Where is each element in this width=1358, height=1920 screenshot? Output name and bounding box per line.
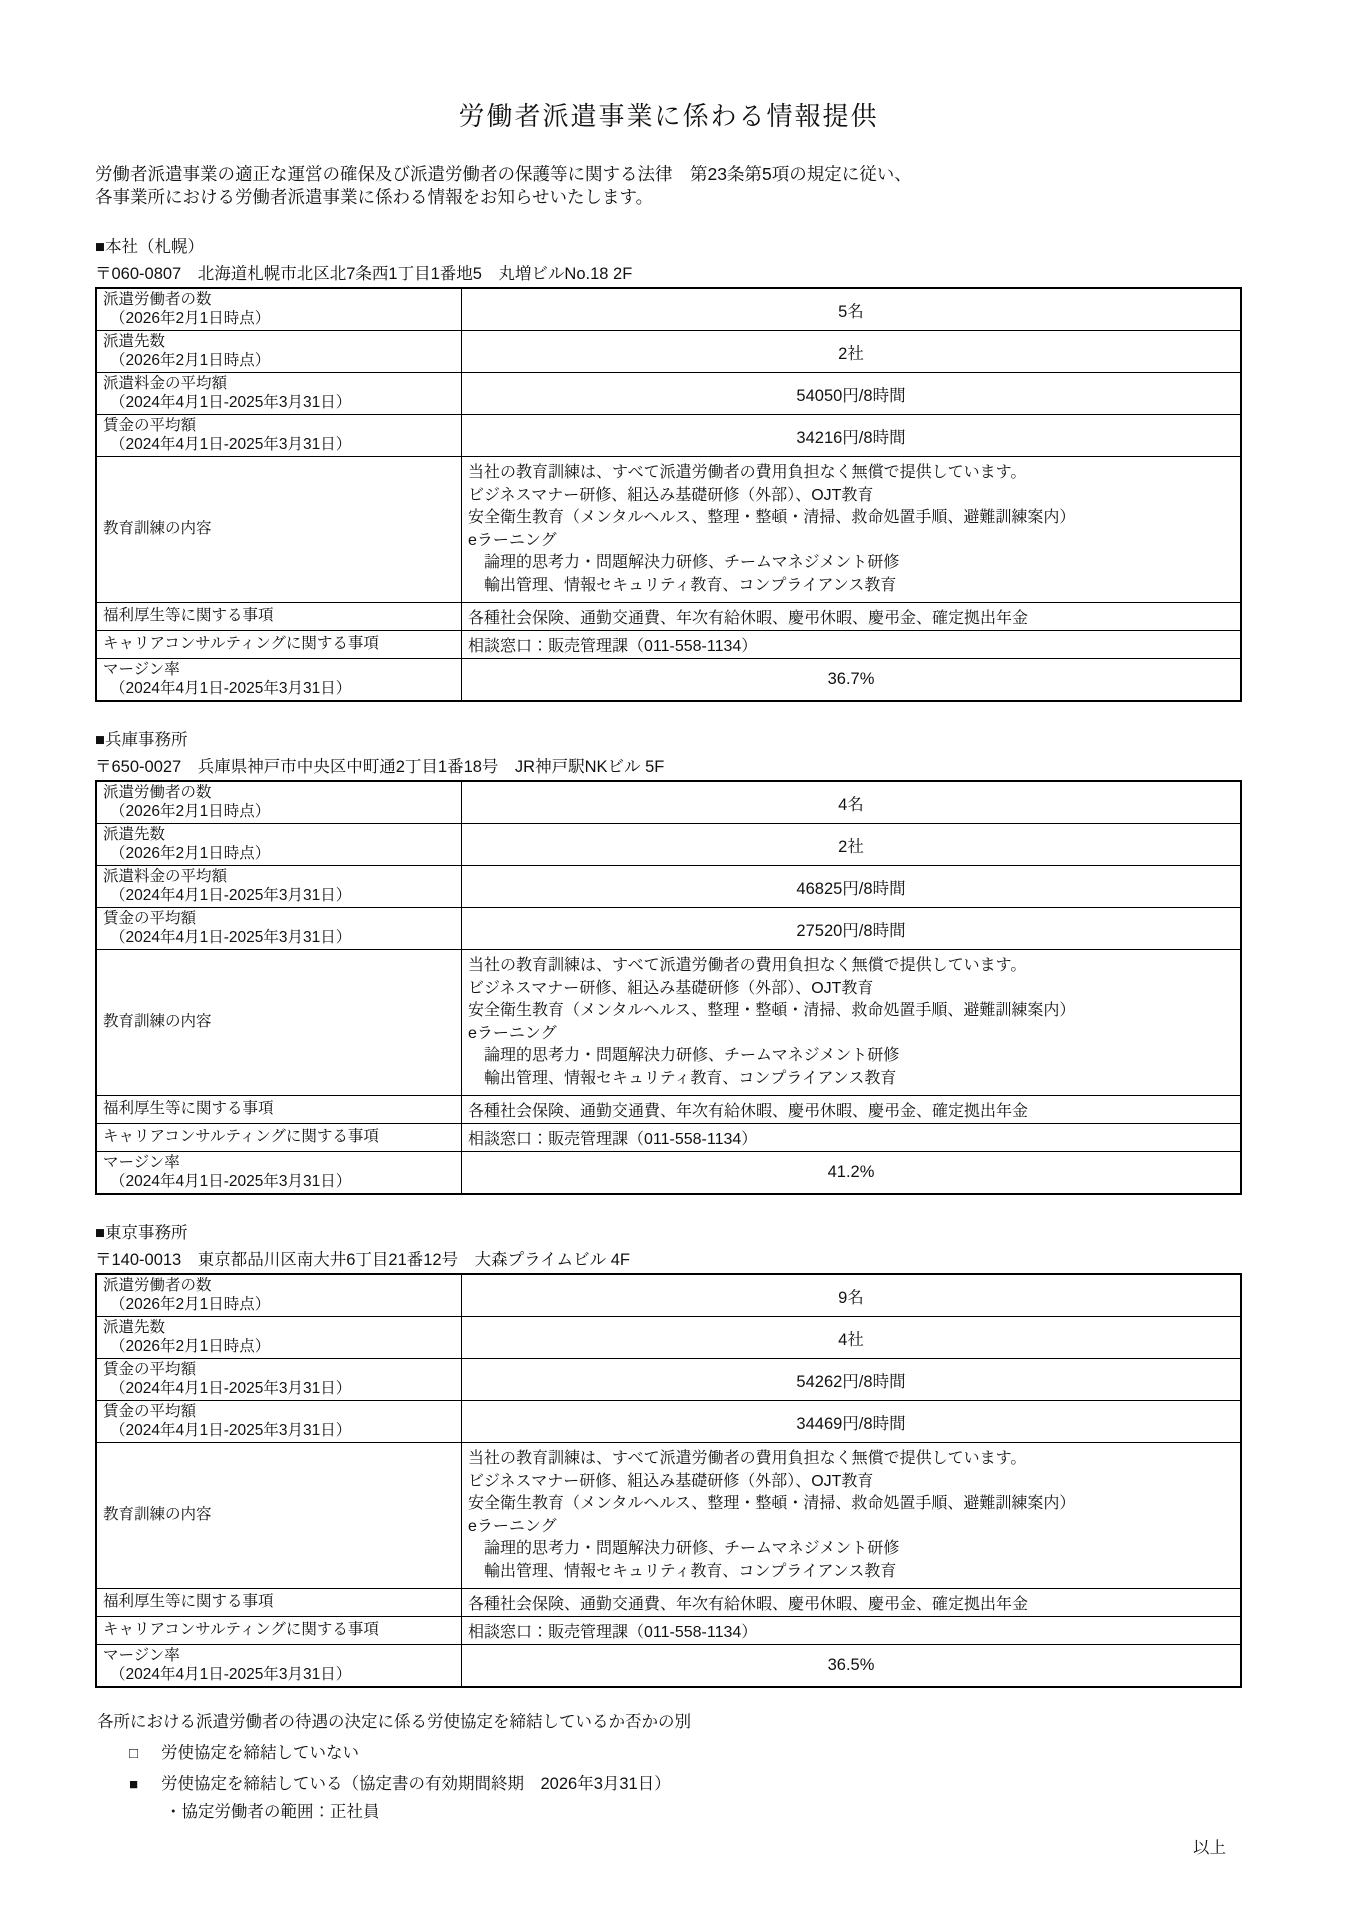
row-value: 相談窓口：販売管理課（011-558-1134）: [468, 1619, 1234, 1642]
row-value-line: 当社の教育訓練は、すべて派遣労働者の費用負担なく無償で提供しています。: [468, 955, 1234, 978]
row-label-cell: 教育訓練の内容: [96, 457, 462, 603]
row-value-line: 安全衛生教育（メンタルヘルス、整理・整頓・清掃、救命処置手順、避難訓練案内）: [468, 1000, 1234, 1023]
row-value-cell: 2社: [462, 331, 1242, 373]
table-row: 派遣労働者の数（2026年2月1日時点）5名: [96, 288, 1241, 331]
row-value-cell: 27520円/8時間: [462, 908, 1242, 950]
row-label: 教育訓練の内容: [103, 1506, 455, 1525]
section-heading: ■東京事務所: [95, 1219, 1242, 1243]
row-label-cell: 福利厚生等に関する事項: [96, 1096, 462, 1124]
table-row: 賃金の平均額（2024年4月1日-2025年3月31日）27520円/8時間: [96, 908, 1241, 950]
row-label: 派遣先数: [103, 1319, 455, 1338]
row-value: 相談窓口：販売管理課（011-558-1134）: [468, 1126, 1234, 1149]
row-label: 派遣料金の平均額: [103, 375, 455, 394]
row-label-cell: 賃金の平均額（2024年4月1日-2025年3月31日）: [96, 415, 462, 457]
checkbox-unchecked-icon: □: [129, 1745, 161, 1762]
row-value-line: ビジネスマナー研修、組込み基礎研修（外部）、OJT教育: [468, 485, 1234, 508]
row-value: 34216円/8時間: [468, 424, 1234, 448]
row-label-period: （2026年2月1日時点）: [103, 310, 455, 329]
agreement-option-not-concluded: □労使協定を締結していない: [129, 1739, 1242, 1763]
row-value-line: eラーニング: [468, 1516, 1234, 1539]
row-value: 54050円/8時間: [468, 382, 1234, 406]
row-value-cell: 相談窓口：販売管理課（011-558-1134）: [462, 1617, 1242, 1645]
table-row: 派遣先数（2026年2月1日時点）4社: [96, 1317, 1241, 1359]
section-address: 〒650-0027 兵庫県神戸市中央区中町通2丁目1番18号 JR神戸駅NKビル…: [95, 753, 1242, 777]
row-value-line: eラーニング: [468, 530, 1234, 553]
row-label-period: （2026年2月1日時点）: [103, 845, 455, 864]
row-label-period: （2026年2月1日時点）: [103, 803, 455, 822]
table-row: 賃金の平均額（2024年4月1日-2025年3月31日）34469円/8時間: [96, 1401, 1241, 1443]
row-label-cell: 派遣労働者の数（2026年2月1日時点）: [96, 781, 462, 824]
row-value-line: ビジネスマナー研修、組込み基礎研修（外部）、OJT教育: [468, 1471, 1234, 1494]
row-label: 派遣料金の平均額: [103, 868, 455, 887]
row-value-cell: 相談窓口：販売管理課（011-558-1134）: [462, 1124, 1242, 1152]
section-heading: ■兵庫事務所: [95, 726, 1242, 750]
row-label: 教育訓練の内容: [103, 520, 455, 539]
row-label: 派遣先数: [103, 826, 455, 845]
table-row: 派遣労働者の数（2026年2月1日時点）9名: [96, 1274, 1241, 1317]
row-label: マージン率: [103, 1154, 455, 1173]
info-table: 派遣労働者の数（2026年2月1日時点）4名派遣先数（2026年2月1日時点）2…: [95, 780, 1242, 1195]
section-address: 〒140-0013 東京都品川区南大井6丁目21番12号 大森プライムビル 4F: [95, 1246, 1242, 1270]
row-value-cell: 36.7%: [462, 659, 1242, 702]
row-label: キャリアコンサルティングに関する事項: [103, 1128, 455, 1147]
row-label: 賃金の平均額: [103, 1361, 455, 1380]
row-value-cell: 54050円/8時間: [462, 373, 1242, 415]
row-value: 各種社会保険、通勤交通費、年次有給休暇、慶弔休暇、慶弔金、確定拠出年金: [468, 1591, 1234, 1614]
row-label: 教育訓練の内容: [103, 1013, 455, 1032]
table-row: 派遣料金の平均額（2024年4月1日-2025年3月31日）54050円/8時間: [96, 373, 1241, 415]
row-value-cell: 34469円/8時間: [462, 1401, 1242, 1443]
table-row: 派遣料金の平均額（2024年4月1日-2025年3月31日）46825円/8時間: [96, 866, 1241, 908]
row-value-line: 輸出管理、情報セキュリティ教育、コンプライアンス教育: [468, 1561, 1234, 1584]
table-row: 派遣労働者の数（2026年2月1日時点）4名: [96, 781, 1241, 824]
info-table: 派遣労働者の数（2026年2月1日時点）9名派遣先数（2026年2月1日時点）4…: [95, 1273, 1242, 1688]
row-label: 福利厚生等に関する事項: [103, 607, 455, 626]
table-row: 教育訓練の内容当社の教育訓練は、すべて派遣労働者の費用負担なく無償で提供していま…: [96, 457, 1241, 603]
office-section: ■東京事務所 〒140-0013 東京都品川区南大井6丁目21番12号 大森プラ…: [95, 1219, 1242, 1688]
document-page: 労働者派遣事業に係わる情報提供 労働者派遣事業の適正な運営の確保及び派遣労働者の…: [0, 0, 1358, 1920]
row-label-cell: 派遣料金の平均額（2024年4月1日-2025年3月31日）: [96, 866, 462, 908]
row-label-cell: 派遣先数（2026年2月1日時点）: [96, 824, 462, 866]
row-value-cell: 当社の教育訓練は、すべて派遣労働者の費用負担なく無償で提供しています。ビジネスマ…: [462, 1443, 1242, 1589]
row-value-cell: 41.2%: [462, 1152, 1242, 1195]
row-value-cell: 54262円/8時間: [462, 1359, 1242, 1401]
row-label-period: （2024年4月1日-2025年3月31日）: [103, 887, 455, 906]
table-row: 教育訓練の内容当社の教育訓練は、すべて派遣労働者の費用負担なく無償で提供していま…: [96, 950, 1241, 1096]
row-label: 福利厚生等に関する事項: [103, 1100, 455, 1119]
checkbox-checked-icon: ■: [129, 1776, 161, 1793]
row-value-line: 論理的思考力・問題解決力研修、チームマネジメント研修: [468, 1045, 1234, 1068]
row-value-line: 安全衛生教育（メンタルヘルス、整理・整頓・清掃、救命処置手順、避難訓練案内）: [468, 507, 1234, 530]
row-value: 2社: [468, 833, 1234, 857]
row-label-cell: キャリアコンサルティングに関する事項: [96, 1617, 462, 1645]
table-row: 賃金の平均額（2024年4月1日-2025年3月31日）34216円/8時間: [96, 415, 1241, 457]
row-value: 2社: [468, 340, 1234, 364]
row-value-line: ビジネスマナー研修、組込み基礎研修（外部）、OJT教育: [468, 978, 1234, 1001]
row-label-period: （2024年4月1日-2025年3月31日）: [103, 1380, 455, 1399]
row-value-cell: 当社の教育訓練は、すべて派遣労働者の費用負担なく無償で提供しています。ビジネスマ…: [462, 950, 1242, 1096]
row-label: 派遣労働者の数: [103, 784, 455, 803]
row-value-cell: 34216円/8時間: [462, 415, 1242, 457]
row-label-period: （2024年4月1日-2025年3月31日）: [103, 680, 455, 699]
section-address: 〒060-0807 北海道札幌市北区北7条西1丁目1番地5 丸増ビルNo.18 …: [95, 260, 1242, 284]
row-value-cell: 4名: [462, 781, 1242, 824]
row-label-cell: マージン率（2024年4月1日-2025年3月31日）: [96, 659, 462, 702]
row-label-period: （2026年2月1日時点）: [103, 352, 455, 371]
table-row: 福利厚生等に関する事項各種社会保険、通勤交通費、年次有給休暇、慶弔休暇、慶弔金、…: [96, 1096, 1241, 1124]
row-value: 36.7%: [468, 670, 1234, 689]
row-value: 5名: [468, 298, 1234, 322]
table-row: 賃金の平均額（2024年4月1日-2025年3月31日）54262円/8時間: [96, 1359, 1241, 1401]
row-label-period: （2024年4月1日-2025年3月31日）: [103, 394, 455, 413]
row-value-line: eラーニング: [468, 1023, 1234, 1046]
row-value-cell: 4社: [462, 1317, 1242, 1359]
row-value: 46825円/8時間: [468, 875, 1234, 899]
row-label-cell: 福利厚生等に関する事項: [96, 603, 462, 631]
page-title: 労働者派遣事業に係わる情報提供: [95, 96, 1242, 133]
row-label: 派遣労働者の数: [103, 291, 455, 310]
table-row: キャリアコンサルティングに関する事項相談窓口：販売管理課（011-558-113…: [96, 1124, 1241, 1152]
row-value-cell: 各種社会保険、通勤交通費、年次有給休暇、慶弔休暇、慶弔金、確定拠出年金: [462, 603, 1242, 631]
row-label-cell: 福利厚生等に関する事項: [96, 1589, 462, 1617]
closing-text: 以上: [95, 1834, 1242, 1858]
agreement-scope-note: ・協定労働者の範囲：正社員: [165, 1798, 1242, 1822]
row-value: 各種社会保険、通勤交通費、年次有給休暇、慶弔休暇、慶弔金、確定拠出年金: [468, 605, 1234, 628]
row-value-line: 当社の教育訓練は、すべて派遣労働者の費用負担なく無償で提供しています。: [468, 462, 1234, 485]
row-value-line: 論理的思考力・問題解決力研修、チームマネジメント研修: [468, 1538, 1234, 1561]
document-content: 労働者派遣事業に係わる情報提供 労働者派遣事業の適正な運営の確保及び派遣労働者の…: [95, 0, 1242, 1858]
row-value: 相談窓口：販売管理課（011-558-1134）: [468, 633, 1234, 656]
row-value-cell: 相談窓口：販売管理課（011-558-1134）: [462, 631, 1242, 659]
info-table: 派遣労働者の数（2026年2月1日時点）5名派遣先数（2026年2月1日時点）2…: [95, 287, 1242, 702]
table-row: キャリアコンサルティングに関する事項相談窓口：販売管理課（011-558-113…: [96, 631, 1241, 659]
office-section: ■本社（札幌） 〒060-0807 北海道札幌市北区北7条西1丁目1番地5 丸増…: [95, 233, 1242, 702]
sections: ■本社（札幌） 〒060-0807 北海道札幌市北区北7条西1丁目1番地5 丸増…: [95, 233, 1242, 1688]
row-value: 9名: [468, 1284, 1234, 1308]
row-label-cell: 派遣先数（2026年2月1日時点）: [96, 331, 462, 373]
row-value: 41.2%: [468, 1163, 1234, 1182]
agreement-option-label: 労使協定を締結している（協定書の有効期間終期 2026年3月31日）: [161, 1775, 671, 1793]
row-label: キャリアコンサルティングに関する事項: [103, 1621, 455, 1640]
row-value-line: 輸出管理、情報セキュリティ教育、コンプライアンス教育: [468, 1068, 1234, 1091]
row-label: 福利厚生等に関する事項: [103, 1593, 455, 1612]
row-label-cell: 派遣先数（2026年2月1日時点）: [96, 1317, 462, 1359]
agreement-section: 各所における派遣労働者の待遇の決定に係る労使協定を締結しているか否かの別 □労使…: [95, 1708, 1242, 1822]
row-value: 4名: [468, 791, 1234, 815]
intro-text: 労働者派遣事業の適正な運営の確保及び派遣労働者の保護等に関する法律 第23条第5…: [95, 163, 1242, 209]
row-label-period: （2024年4月1日-2025年3月31日）: [103, 1173, 455, 1192]
row-label-period: （2024年4月1日-2025年3月31日）: [103, 1666, 455, 1685]
row-label: マージン率: [103, 661, 455, 680]
row-label: キャリアコンサルティングに関する事項: [103, 635, 455, 654]
agreement-title: 各所における派遣労働者の待遇の決定に係る労使協定を締結しているか否かの別: [97, 1708, 1242, 1732]
row-value-cell: 9名: [462, 1274, 1242, 1317]
agreement-option-label: 労使協定を締結していない: [161, 1744, 359, 1762]
row-value-cell: 5名: [462, 288, 1242, 331]
row-value-cell: 2社: [462, 824, 1242, 866]
table-row: マージン率（2024年4月1日-2025年3月31日）41.2%: [96, 1152, 1241, 1195]
row-value-line: 論理的思考力・問題解決力研修、チームマネジメント研修: [468, 552, 1234, 575]
row-label-cell: 派遣労働者の数（2026年2月1日時点）: [96, 1274, 462, 1317]
row-label: 派遣先数: [103, 333, 455, 352]
row-label: 派遣労働者の数: [103, 1277, 455, 1296]
table-row: 教育訓練の内容当社の教育訓練は、すべて派遣労働者の費用負担なく無償で提供していま…: [96, 1443, 1241, 1589]
row-label-cell: 教育訓練の内容: [96, 950, 462, 1096]
intro-line-2: 各事業所における労働者派遣事業に係わる情報をお知らせいたします。: [95, 187, 653, 207]
row-value-line: 安全衛生教育（メンタルヘルス、整理・整頓・清掃、救命処置手順、避難訓練案内）: [468, 1493, 1234, 1516]
row-label-period: （2026年2月1日時点）: [103, 1296, 455, 1315]
row-label: マージン率: [103, 1647, 455, 1666]
row-label-cell: マージン率（2024年4月1日-2025年3月31日）: [96, 1645, 462, 1688]
table-row: マージン率（2024年4月1日-2025年3月31日）36.5%: [96, 1645, 1241, 1688]
row-label-period: （2024年4月1日-2025年3月31日）: [103, 436, 455, 455]
table-row: 福利厚生等に関する事項各種社会保険、通勤交通費、年次有給休暇、慶弔休暇、慶弔金、…: [96, 603, 1241, 631]
row-value: 36.5%: [468, 1656, 1234, 1675]
row-value: 各種社会保険、通勤交通費、年次有給休暇、慶弔休暇、慶弔金、確定拠出年金: [468, 1098, 1234, 1121]
table-row: 派遣先数（2026年2月1日時点）2社: [96, 824, 1241, 866]
row-label: 賃金の平均額: [103, 1403, 455, 1422]
table-row: 派遣先数（2026年2月1日時点）2社: [96, 331, 1241, 373]
row-value-cell: 各種社会保険、通勤交通費、年次有給休暇、慶弔休暇、慶弔金、確定拠出年金: [462, 1096, 1242, 1124]
row-label-cell: 派遣料金の平均額（2024年4月1日-2025年3月31日）: [96, 373, 462, 415]
row-label-cell: マージン率（2024年4月1日-2025年3月31日）: [96, 1152, 462, 1195]
row-value: 27520円/8時間: [468, 917, 1234, 941]
row-label-cell: キャリアコンサルティングに関する事項: [96, 631, 462, 659]
section-heading: ■本社（札幌）: [95, 233, 1242, 257]
row-label-period: （2024年4月1日-2025年3月31日）: [103, 929, 455, 948]
table-row: マージン率（2024年4月1日-2025年3月31日）36.7%: [96, 659, 1241, 702]
table-row: 福利厚生等に関する事項各種社会保険、通勤交通費、年次有給休暇、慶弔休暇、慶弔金、…: [96, 1589, 1241, 1617]
row-label-period: （2026年2月1日時点）: [103, 1338, 455, 1357]
row-value-cell: 46825円/8時間: [462, 866, 1242, 908]
row-label-cell: 賃金の平均額（2024年4月1日-2025年3月31日）: [96, 1401, 462, 1443]
row-value-line: 当社の教育訓練は、すべて派遣労働者の費用負担なく無償で提供しています。: [468, 1448, 1234, 1471]
row-value-line: 輸出管理、情報セキュリティ教育、コンプライアンス教育: [468, 575, 1234, 598]
office-section: ■兵庫事務所 〒650-0027 兵庫県神戸市中央区中町通2丁目1番18号 JR…: [95, 726, 1242, 1195]
row-value: 4社: [468, 1326, 1234, 1350]
row-label-cell: キャリアコンサルティングに関する事項: [96, 1124, 462, 1152]
table-row: キャリアコンサルティングに関する事項相談窓口：販売管理課（011-558-113…: [96, 1617, 1241, 1645]
row-value-cell: 各種社会保険、通勤交通費、年次有給休暇、慶弔休暇、慶弔金、確定拠出年金: [462, 1589, 1242, 1617]
row-label-cell: 派遣労働者の数（2026年2月1日時点）: [96, 288, 462, 331]
row-label-cell: 賃金の平均額（2024年4月1日-2025年3月31日）: [96, 908, 462, 950]
row-value: 54262円/8時間: [468, 1368, 1234, 1392]
row-label-period: （2024年4月1日-2025年3月31日）: [103, 1422, 455, 1441]
row-label-cell: 賃金の平均額（2024年4月1日-2025年3月31日）: [96, 1359, 462, 1401]
agreement-option-concluded: ■労使協定を締結している（協定書の有効期間終期 2026年3月31日）: [129, 1770, 1242, 1794]
row-label: 賃金の平均額: [103, 910, 455, 929]
row-label-cell: 教育訓練の内容: [96, 1443, 462, 1589]
intro-line-1: 労働者派遣事業の適正な運営の確保及び派遣労働者の保護等に関する法律 第23条第5…: [95, 164, 912, 184]
row-value-cell: 36.5%: [462, 1645, 1242, 1688]
row-value-cell: 当社の教育訓練は、すべて派遣労働者の費用負担なく無償で提供しています。ビジネスマ…: [462, 457, 1242, 603]
row-label: 賃金の平均額: [103, 417, 455, 436]
row-value: 34469円/8時間: [468, 1410, 1234, 1434]
